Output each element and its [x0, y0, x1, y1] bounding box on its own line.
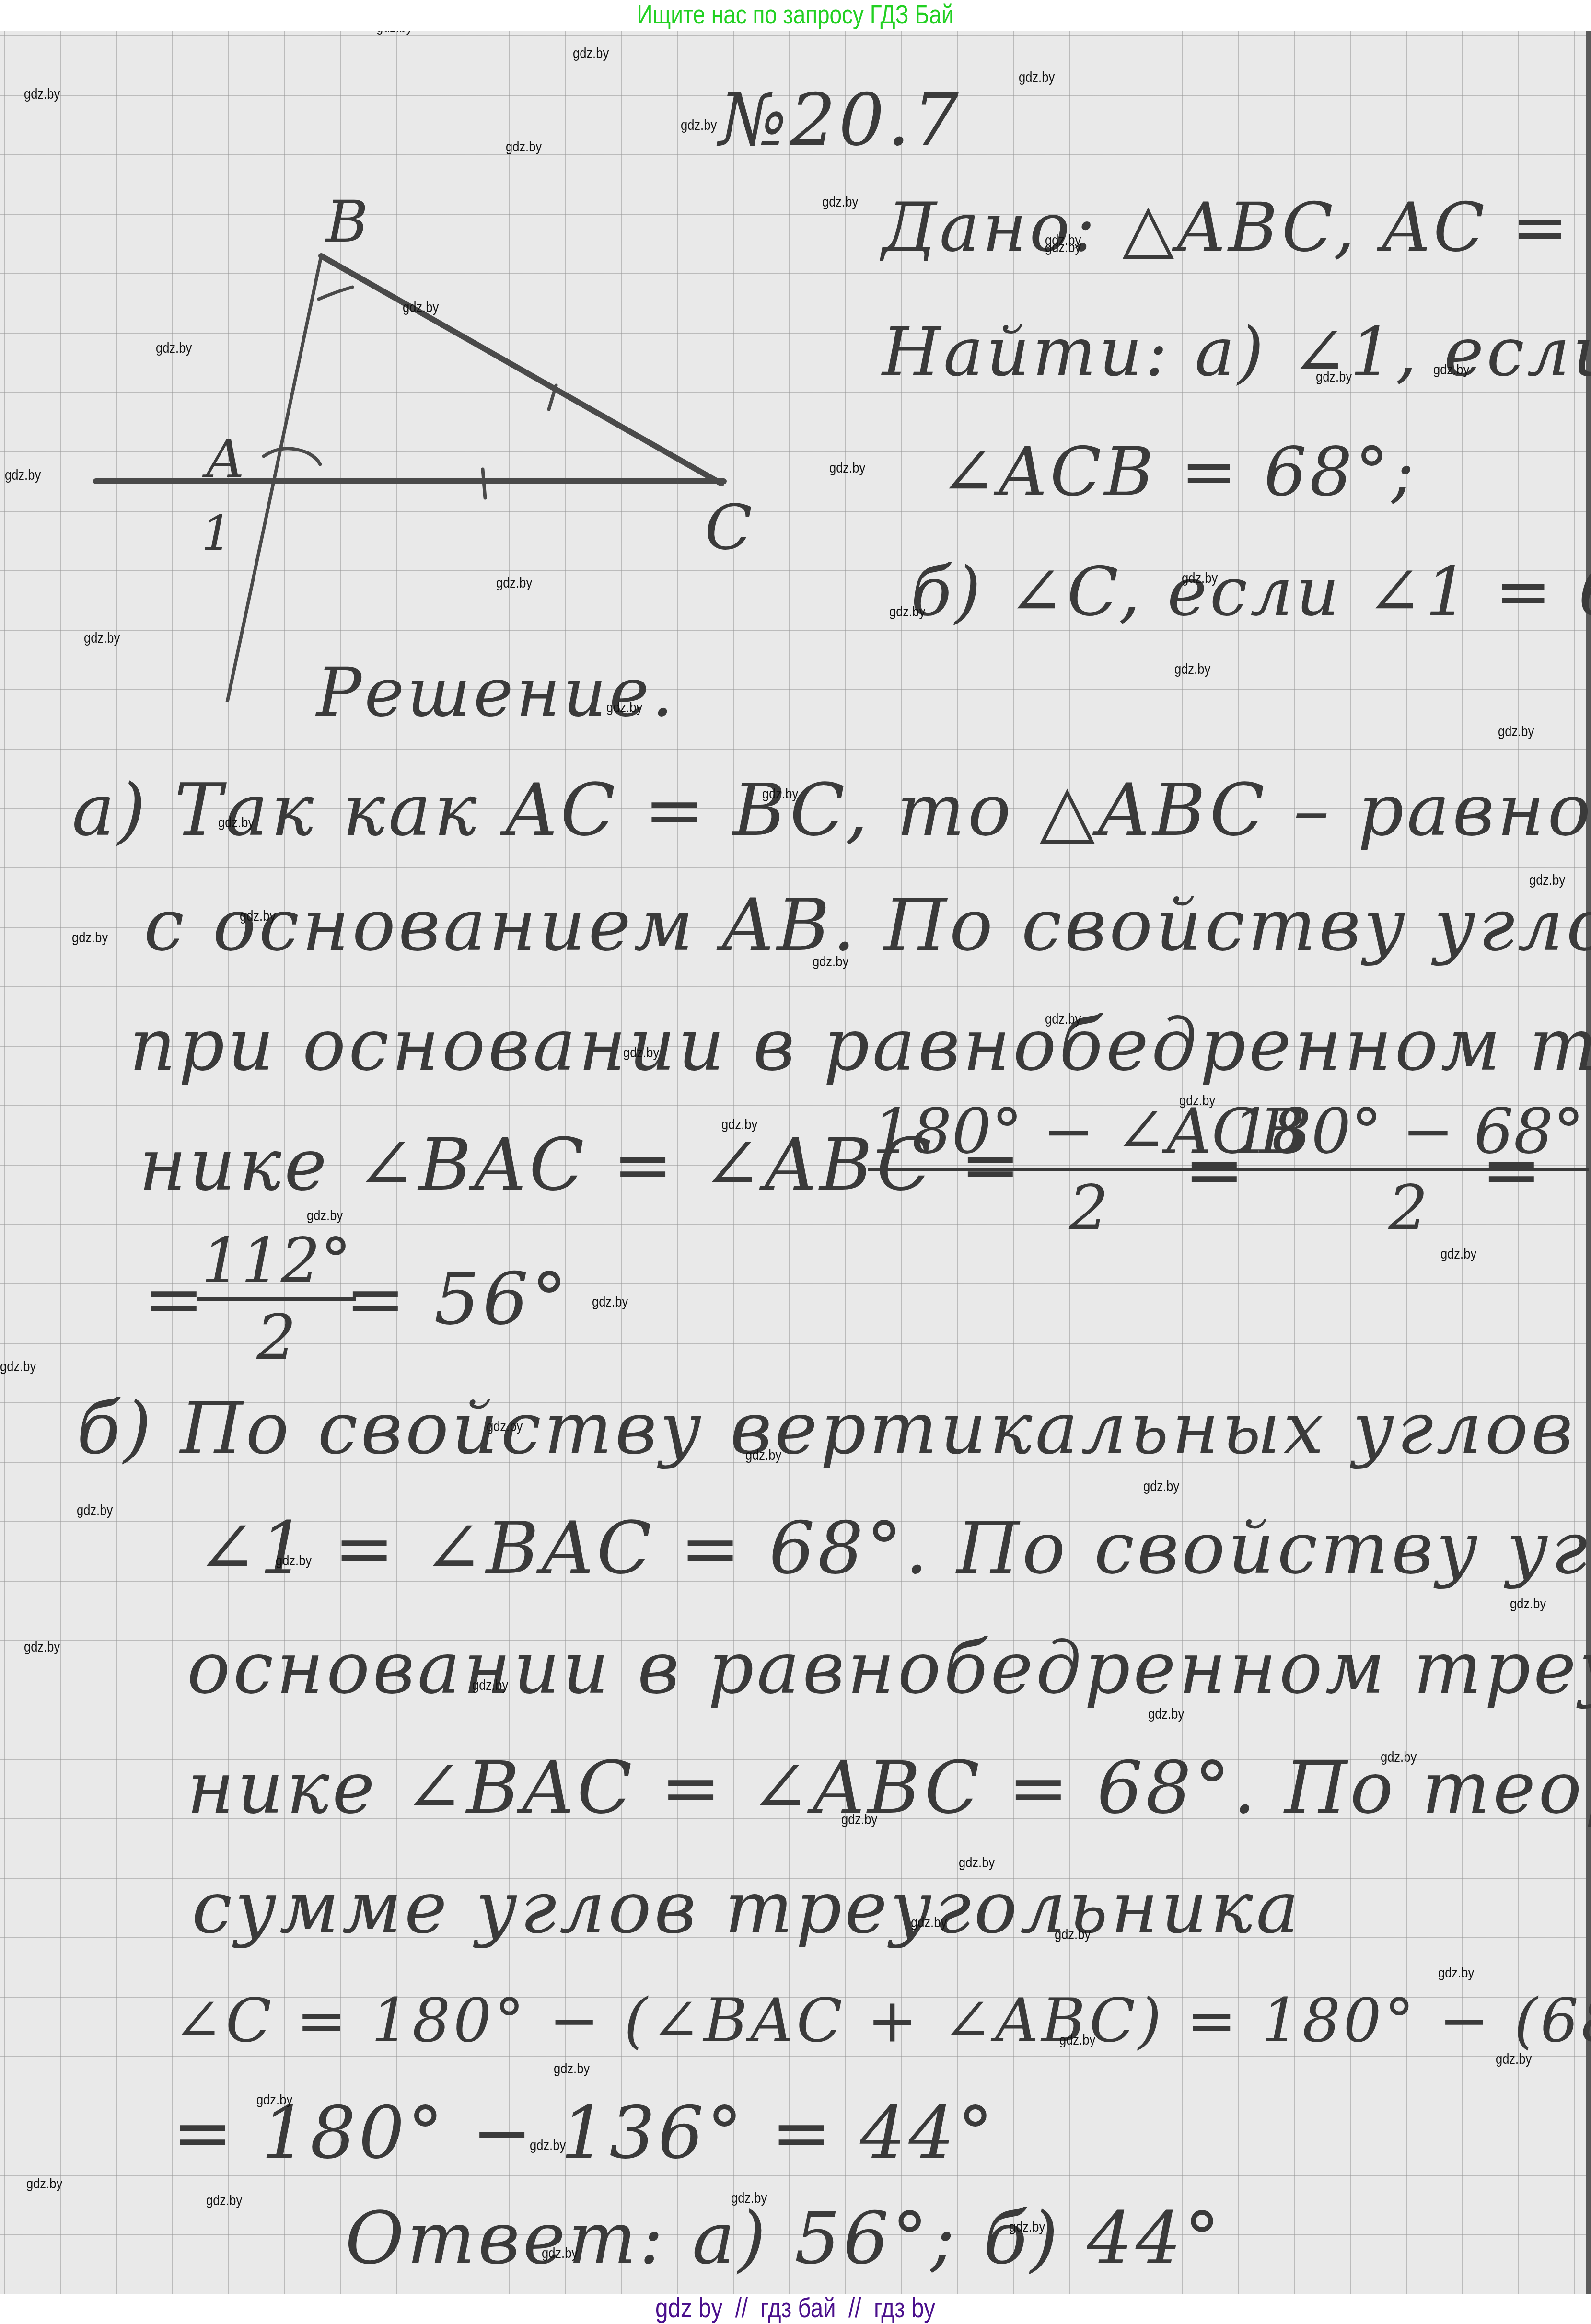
watermark: gdz.by [496, 575, 532, 591]
fraction-3-numerator: 112° [197, 1224, 356, 1301]
watermark: gdz.by [606, 700, 642, 716]
watermark: gdz.by [829, 460, 865, 476]
find-b-text: б) ∠C, если ∠1 = 68° [911, 553, 1591, 631]
solution-b-line-1: б) По свойству вертикальных углов [77, 1387, 1576, 1470]
watermark: gdz.by [623, 1045, 659, 1061]
watermark: gdz.by [1019, 69, 1055, 86]
watermark: gdz.by [1148, 1706, 1184, 1723]
solution-b-line-3: основании в равнобедренном треуголь- [187, 1627, 1591, 1710]
watermark: gdz.by [889, 604, 925, 620]
given-text: Дано: △ABC, AC = BC [882, 189, 1591, 267]
find-a-text: Найти: а) ∠1, если [882, 313, 1591, 392]
watermark: gdz.by [592, 1294, 628, 1310]
solution-heading: Решение. [316, 654, 676, 732]
watermark: gdz.by [1316, 369, 1352, 385]
watermark: gdz.by [472, 1677, 508, 1694]
watermark: gdz.by [573, 46, 609, 62]
watermark: gdz.by [1009, 2219, 1045, 2235]
tick-ac [483, 469, 485, 498]
watermark: gdz.by [959, 1855, 995, 1871]
watermark: gdz.by [762, 786, 798, 802]
watermark: gdz.by [1143, 1479, 1179, 1495]
solution-b-line-2: ∠1 = ∠BAC = 68°. По свойству углов при [197, 1507, 1591, 1590]
watermark: gdz.by [240, 908, 276, 925]
solution-a-line-3: при основании в равнобедренном треуголь- [129, 1004, 1591, 1087]
watermark: gdz.by [721, 1117, 757, 1133]
footer-banner: gdz by // гдз бай // гдз by [0, 2294, 1591, 2324]
header-banner-text: Ищите нас по запросу ГДЗ Бай [637, 0, 954, 29]
watermark: gdz.by [1510, 1596, 1546, 1612]
find-a-condition: ∠ACB = 68°; [940, 433, 1417, 511]
watermark: gdz.by [1182, 570, 1218, 587]
watermark: gdz.by [206, 2193, 242, 2209]
watermark: gdz.by [745, 1447, 781, 1464]
watermark: gdz.by [1498, 724, 1534, 740]
watermark: gdz.by [681, 117, 717, 134]
watermark: gdz.by [841, 1812, 877, 1828]
watermark: gdz.by [1174, 661, 1210, 678]
watermark: gdz.by [487, 1419, 523, 1435]
watermark: gdz.by [911, 1915, 947, 1931]
watermark: gdz.by [1440, 1246, 1476, 1262]
header-banner: Ищите нас по запросу ГДЗ Бай [0, 0, 1591, 31]
watermark: gdz.by [822, 194, 858, 210]
equals-sign-tail: = [1481, 1128, 1545, 1212]
watermark: gdz.by [218, 815, 254, 831]
watermark: gdz.by [1055, 1927, 1091, 1943]
watermark: gdz.by [1179, 1093, 1215, 1109]
watermark: gdz.by [24, 1639, 60, 1655]
watermark: gdz.by [506, 139, 542, 155]
solution-b-line-5: сумме углов треугольника [192, 1866, 1302, 1950]
vertex-label-c: C [705, 491, 755, 564]
watermark: gdz.by [0, 1359, 36, 1375]
watermark: gdz.by [376, 31, 412, 35]
watermark: gdz.by [1059, 2032, 1095, 2048]
vertex-label-a: A [206, 428, 247, 490]
vertex-label-b: B [326, 189, 371, 255]
watermark: gdz.by [1529, 872, 1565, 889]
angle-label-1: 1 [201, 505, 235, 561]
watermark: gdz.by [731, 2190, 767, 2207]
watermark: gdz.by [1045, 240, 1081, 256]
angle-mark-a [264, 449, 320, 464]
watermark: gdz.by [24, 86, 60, 103]
watermark: gdz.by [84, 630, 120, 647]
watermark: gdz.by [5, 467, 41, 484]
solution-b-line-7: = 180° − 136° = 44° [173, 2092, 996, 2175]
watermark: gdz.by [403, 300, 439, 316]
watermark: gdz.by [530, 2138, 566, 2154]
watermark: gdz.by [1438, 1965, 1474, 1981]
answer-text: Ответ: а) 56°; б) 44° [345, 2197, 1223, 2280]
watermark: gdz.by [72, 930, 108, 946]
solution-a-line-1: а) Так как AC = BC, то △ABC – равнобедре… [72, 769, 1591, 852]
line-bc [321, 256, 721, 484]
solution-a-result: = 56° [345, 1258, 570, 1341]
fraction-3: 112° 2 [197, 1224, 356, 1374]
footer-banner-text: gdz by // гдз бай // гдз by [655, 2294, 935, 2323]
watermark: gdz.by [156, 340, 192, 357]
watermark: gdz.by [26, 2176, 62, 2192]
watermark: gdz.by [542, 2245, 578, 2262]
watermark: gdz.by [813, 954, 848, 970]
watermark: gdz.by [554, 2061, 590, 2077]
watermark: gdz.by [307, 1208, 343, 1224]
fraction-3-denominator: 2 [197, 1301, 356, 1374]
watermark: gdz.by [276, 1553, 312, 1569]
angle-mark-b [319, 287, 352, 299]
solution-b-line-6: ∠C = 180° − (∠BAC + ∠ABC) = 180° − (68° … [173, 1986, 1591, 2056]
notebook-page: №20.7 B A C 1 Дано: △ABC, AC = BC Найти:… [0, 31, 1591, 2294]
watermark: gdz.by [1496, 2051, 1532, 2068]
solution-a-line-2: с основанием AB. По свойству углов [144, 884, 1591, 967]
watermark: gdz.by [1433, 362, 1469, 378]
watermark: gdz.by [256, 2092, 292, 2108]
watermark: gdz.by [1381, 1749, 1417, 1766]
watermark: gdz.by [1045, 1011, 1081, 1028]
watermark: gdz.by [77, 1503, 113, 1519]
